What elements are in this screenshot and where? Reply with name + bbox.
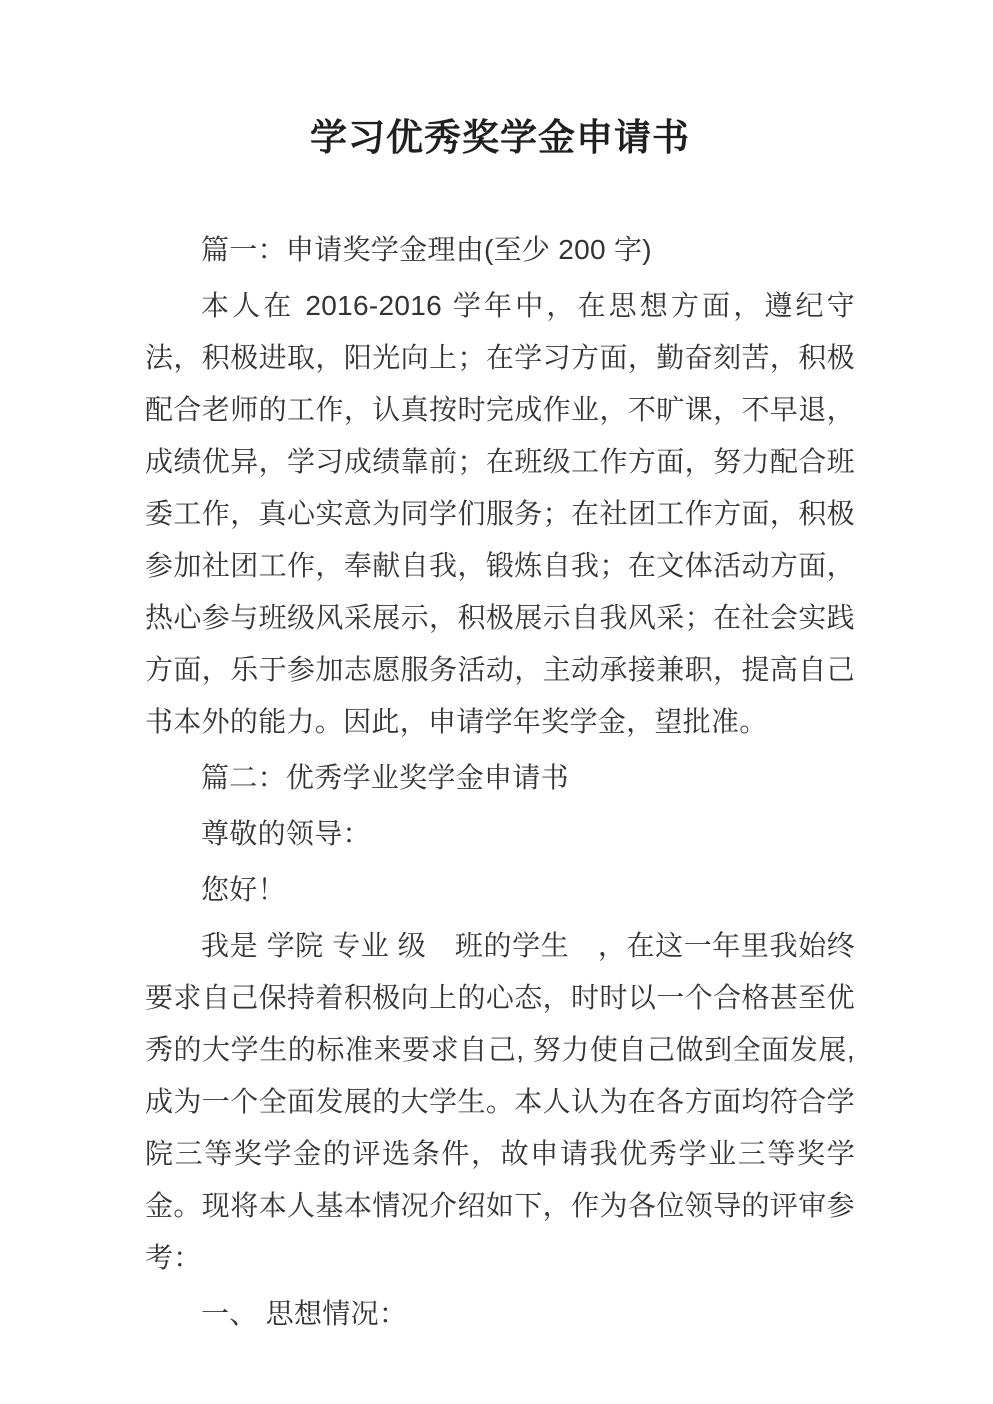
paragraph-greeting: 您好！	[145, 864, 855, 916]
paragraph-salutation: 尊敬的领导：	[145, 808, 855, 860]
document-page: 学习优秀奖学金申请书 篇一：申请奖学金理由(至少 200 字) 本人在 2016…	[0, 0, 993, 1404]
document-body: 篇一：申请奖学金理由(至少 200 字) 本人在 2016-2016 学年中，在…	[145, 224, 855, 1340]
paragraph-section2-body: 我是 学院 专业 级 班的学生 ，在这一年里我始终要求自己保持着积极向上的心态，…	[145, 920, 855, 1284]
paragraph-section1-body: 本人在 2016-2016 学年中，在思想方面，遵纪守法，积极进取，阳光向上；在…	[145, 280, 855, 748]
paragraph-section2-heading: 篇二：优秀学业奖学金申请书	[145, 752, 855, 804]
paragraph-section1-heading: 篇一：申请奖学金理由(至少 200 字)	[145, 224, 855, 276]
document-title: 学习优秀奖学金申请书	[145, 118, 855, 158]
paragraph-list-item-thought-status: 一、 思想情况：	[145, 1288, 855, 1340]
